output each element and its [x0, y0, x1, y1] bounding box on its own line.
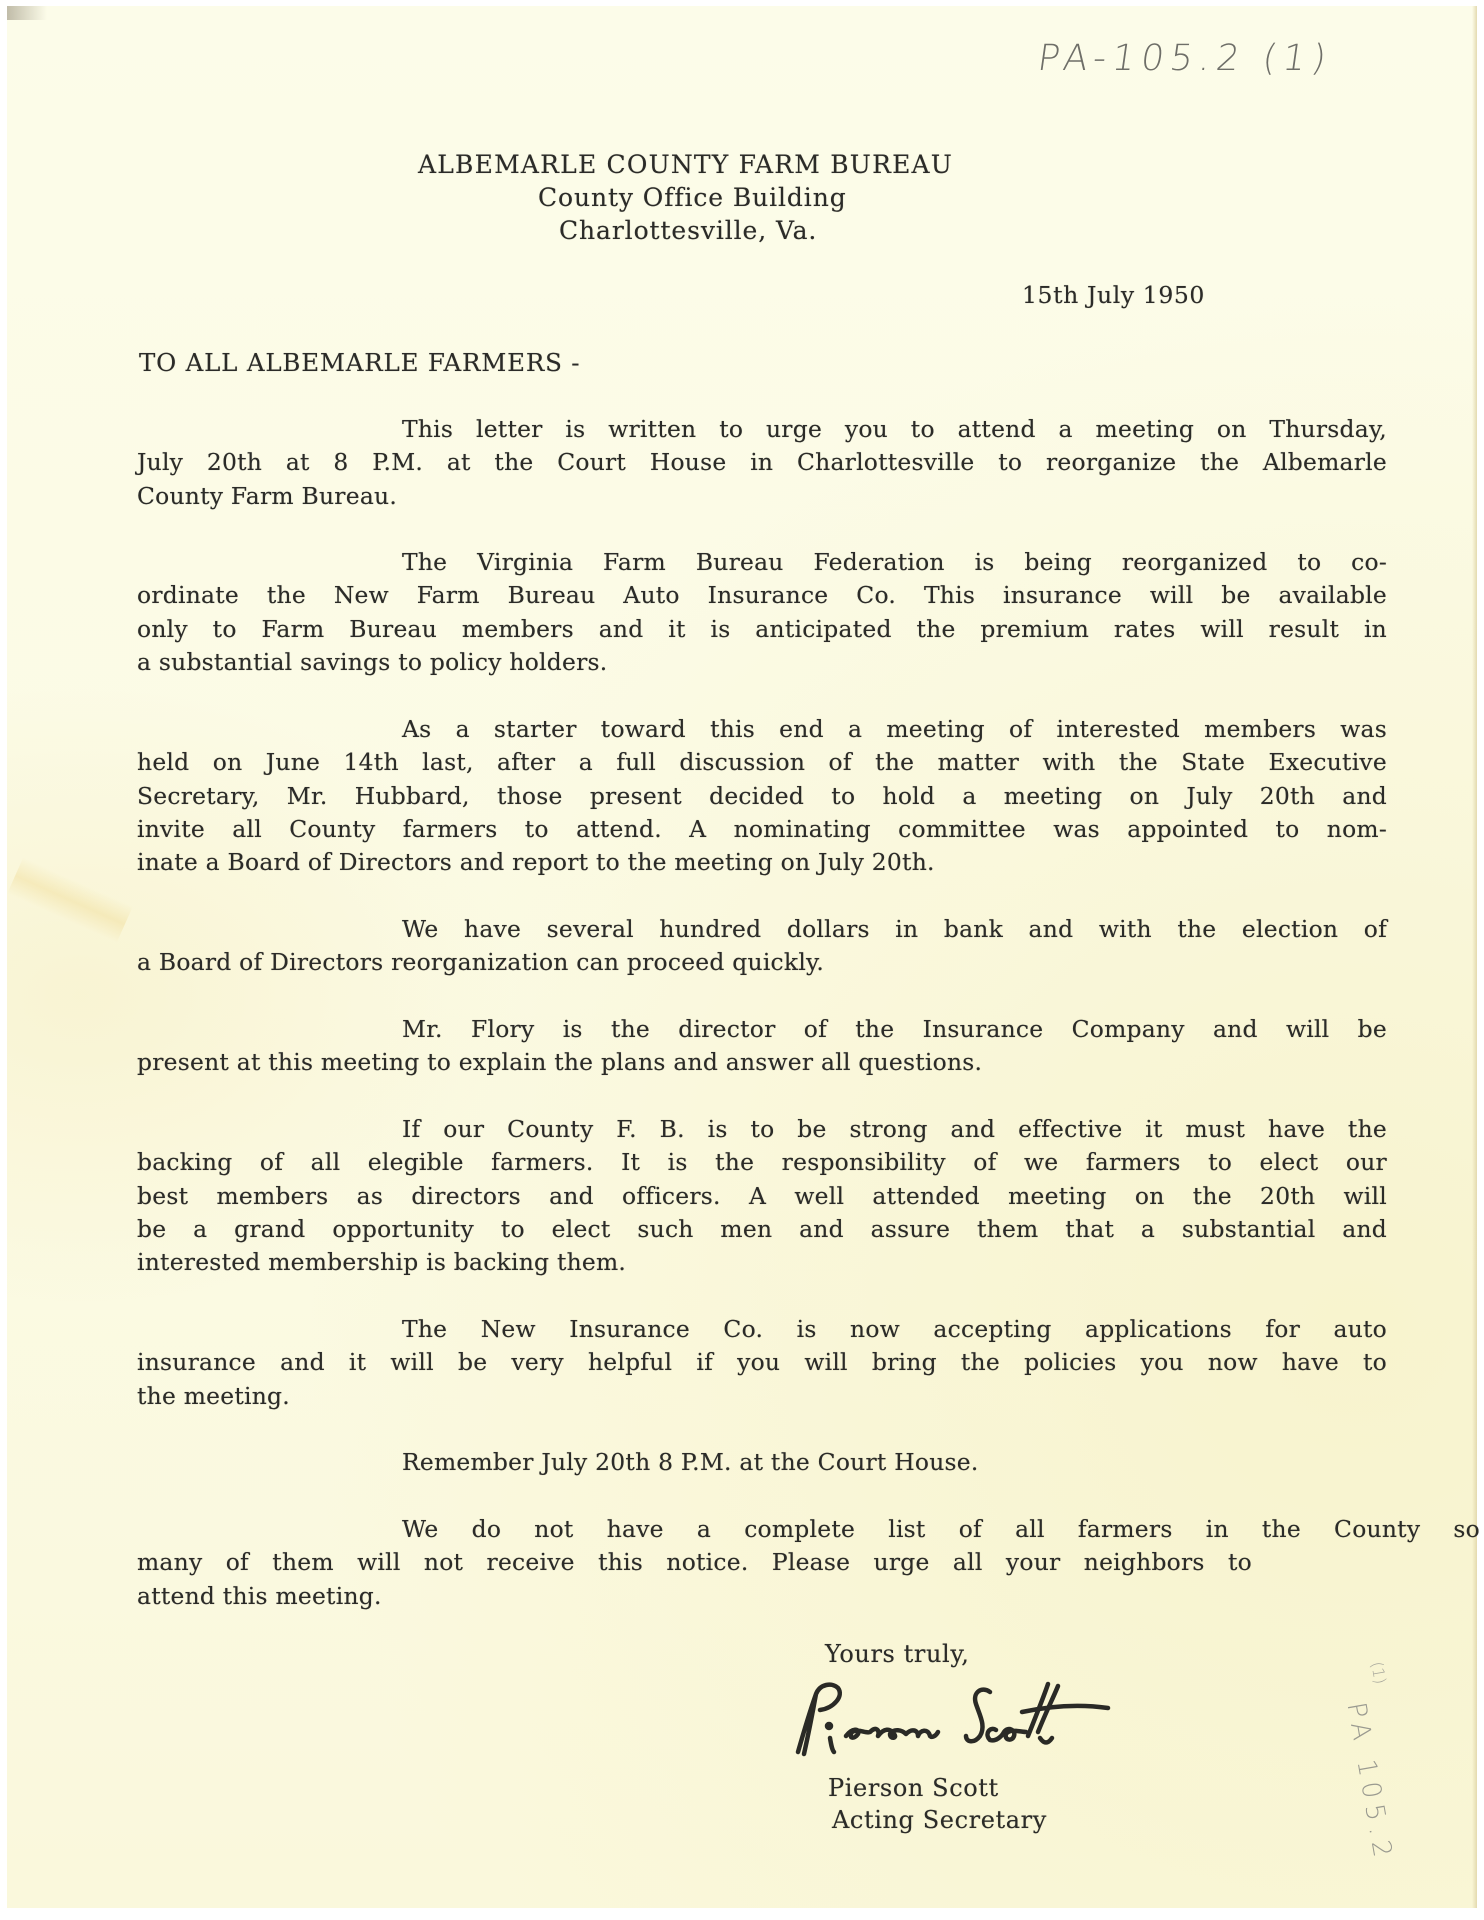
body-line: attend this meeting. — [137, 1580, 1387, 1613]
body-line: The Virginia Farm Bureau Federation is b… — [137, 546, 1387, 579]
paragraph-5: Mr. Flory is the director of the Insuran… — [137, 1013, 1387, 1080]
catalog-mark-side-sub: (1) — [1367, 1660, 1390, 1686]
body-line: We have several hundred dollars in bank … — [137, 913, 1387, 946]
body-line: If our County F. B. is to be strong and … — [137, 1113, 1387, 1146]
body-line: This letter is written to urge you to at… — [137, 413, 1387, 446]
paragraph-9: We do not have a complete list of all fa… — [137, 1513, 1387, 1613]
body-line: July 20th at 8 P.M. at the Court House i… — [137, 446, 1387, 479]
body-line: a Board of Directors reorganization can … — [137, 946, 1387, 979]
body-line: best members as directors and officers. … — [137, 1180, 1387, 1213]
body-line: Secretary, Mr. Hubbard, those present de… — [137, 780, 1387, 813]
body-line: inate a Board of Directors and report to… — [137, 846, 1387, 879]
paper-right-edge — [1472, 6, 1477, 1908]
paragraph-2: The Virginia Farm Bureau Federation is b… — [137, 546, 1387, 679]
signature-pierson-scott — [790, 1676, 1120, 1760]
signer-name: Pierson Scott — [828, 1772, 999, 1805]
body-line: insurance and it will be very helpful if… — [137, 1346, 1387, 1379]
body-line: held on June 14th last, after a full dis… — [137, 746, 1387, 779]
paragraph-6: If our County F. B. is to be strong and … — [137, 1113, 1387, 1279]
catalog-mark-top: PA-105.2 (1) — [1035, 38, 1334, 79]
letter-date: 15th July 1950 — [1022, 279, 1205, 312]
body-line: be a grand opportunity to elect such men… — [137, 1213, 1387, 1246]
body-line: interested membership is backing them. — [137, 1246, 1387, 1279]
letterhead-organization: ALBEMARLE COUNTY FARM BUREAU — [418, 148, 953, 181]
body-line: Remember July 20th 8 P.M. at the Court H… — [137, 1446, 1387, 1479]
body-line: many of them will not receive this notic… — [137, 1546, 1252, 1579]
paragraph-8: Remember July 20th 8 P.M. at the Court H… — [137, 1446, 1387, 1479]
letter-salutation: TO ALL ALBEMARLE FARMERS - — [139, 346, 580, 379]
paragraph-3: As a starter toward this end a meeting o… — [137, 713, 1387, 879]
body-line: Mr. Flory is the director of the Insuran… — [137, 1013, 1387, 1046]
body-line: present at this meeting to explain the p… — [137, 1046, 1387, 1079]
letterhead-address-line2: Charlottesville, Va. — [559, 214, 817, 247]
signer-title: Acting Secretary — [832, 1804, 1047, 1837]
body-line: invite all County farmers to attend. A n… — [137, 813, 1387, 846]
letterhead-address-line1: County Office Building — [538, 181, 847, 214]
letter-closing: Yours truly, — [825, 1638, 970, 1671]
body-line: As a starter toward this end a meeting o… — [137, 713, 1387, 746]
body-line: County Farm Bureau. — [137, 480, 1387, 513]
body-line: only to Farm Bureau members and it is an… — [137, 613, 1387, 646]
body-line: backing of all elegible farmers. It is t… — [137, 1146, 1387, 1179]
body-line: ordinate the New Farm Bureau Auto Insura… — [137, 579, 1387, 612]
paragraph-7: The New Insurance Co. is now accepting a… — [137, 1313, 1387, 1413]
paper-corner-shadow — [7, 6, 47, 20]
body-line: We do not have a complete list of all fa… — [137, 1513, 1480, 1546]
paragraph-1: This letter is written to urge you to at… — [137, 413, 1387, 513]
body-line: The New Insurance Co. is now accepting a… — [137, 1313, 1387, 1346]
body-line: a substantial savings to policy holders. — [137, 646, 1387, 679]
body-line: the meeting. — [137, 1380, 1387, 1413]
paragraph-4: We have several hundred dollars in bank … — [137, 913, 1387, 980]
